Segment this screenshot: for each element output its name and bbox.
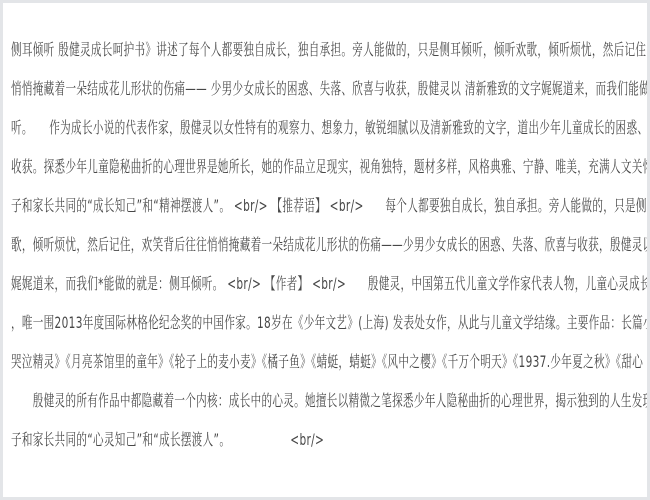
text-line: 娓娓道来，而我们*能做的就是：侧耳倾听。 <br/> 【作者】 <br/> 殷健… (11, 264, 650, 303)
text-line: 侧耳倾听 殷健灵成长呵护书》讲述了每个人都要独自成长，独自承担。旁人能做的，只是… (11, 30, 650, 69)
text-line: 听。 作为成长小说的代表作家，殷健灵以女性特有的观察力、想象力，敏锐细腻以及清新… (11, 108, 650, 147)
text-line: 殷健灵的所有作品中都隐藏着一个内核：成长中的心灵。她擅长以精微之笔探悉少年人隐秘… (11, 381, 650, 420)
document-page: 侧耳倾听 殷健灵成长呵护书》讲述了每个人都要独自成长，独自承担。旁人能做的，只是… (0, 0, 650, 500)
text-line: ，唯一围2013年度国际林格伦纪念奖的中国作家。18岁在《少年文艺》(上海) 发… (11, 303, 650, 342)
text-line: 收获。探悉少年儿童隐秘曲折的心理世界是她所长，她的作品立足现实，视角独特，题材多… (11, 147, 650, 186)
text-line: 子和家长共同的“心灵知己”和“成长摆渡人”。 <br/> (11, 420, 650, 459)
text-line: 子和家长共同的“成长知己”和“精神摆渡人”。 <br/> 【推荐语】 <br/>… (11, 186, 650, 225)
text-line: 哭泣精灵》《月亮茶馆里的童年》《轮子上的麦小麦》《橘子鱼》《蜻蜓，蜻蜓》《风中之… (11, 342, 650, 381)
text-line: 歌，倾听烦忧，然后记住，欢笑背后往往悄悄掩藏着一朵结成花儿形状的伤痛——少男少女… (11, 225, 650, 264)
text-block: 侧耳倾听 殷健灵成长呵护书》讲述了每个人都要独自成长，独自承担。旁人能做的，只是… (11, 30, 650, 459)
text-line: 悄悄掩藏着一朵结成花儿形状的伤痛—— 少男少女成长的困惑、失落、欣喜与收获，殷健… (11, 69, 650, 108)
